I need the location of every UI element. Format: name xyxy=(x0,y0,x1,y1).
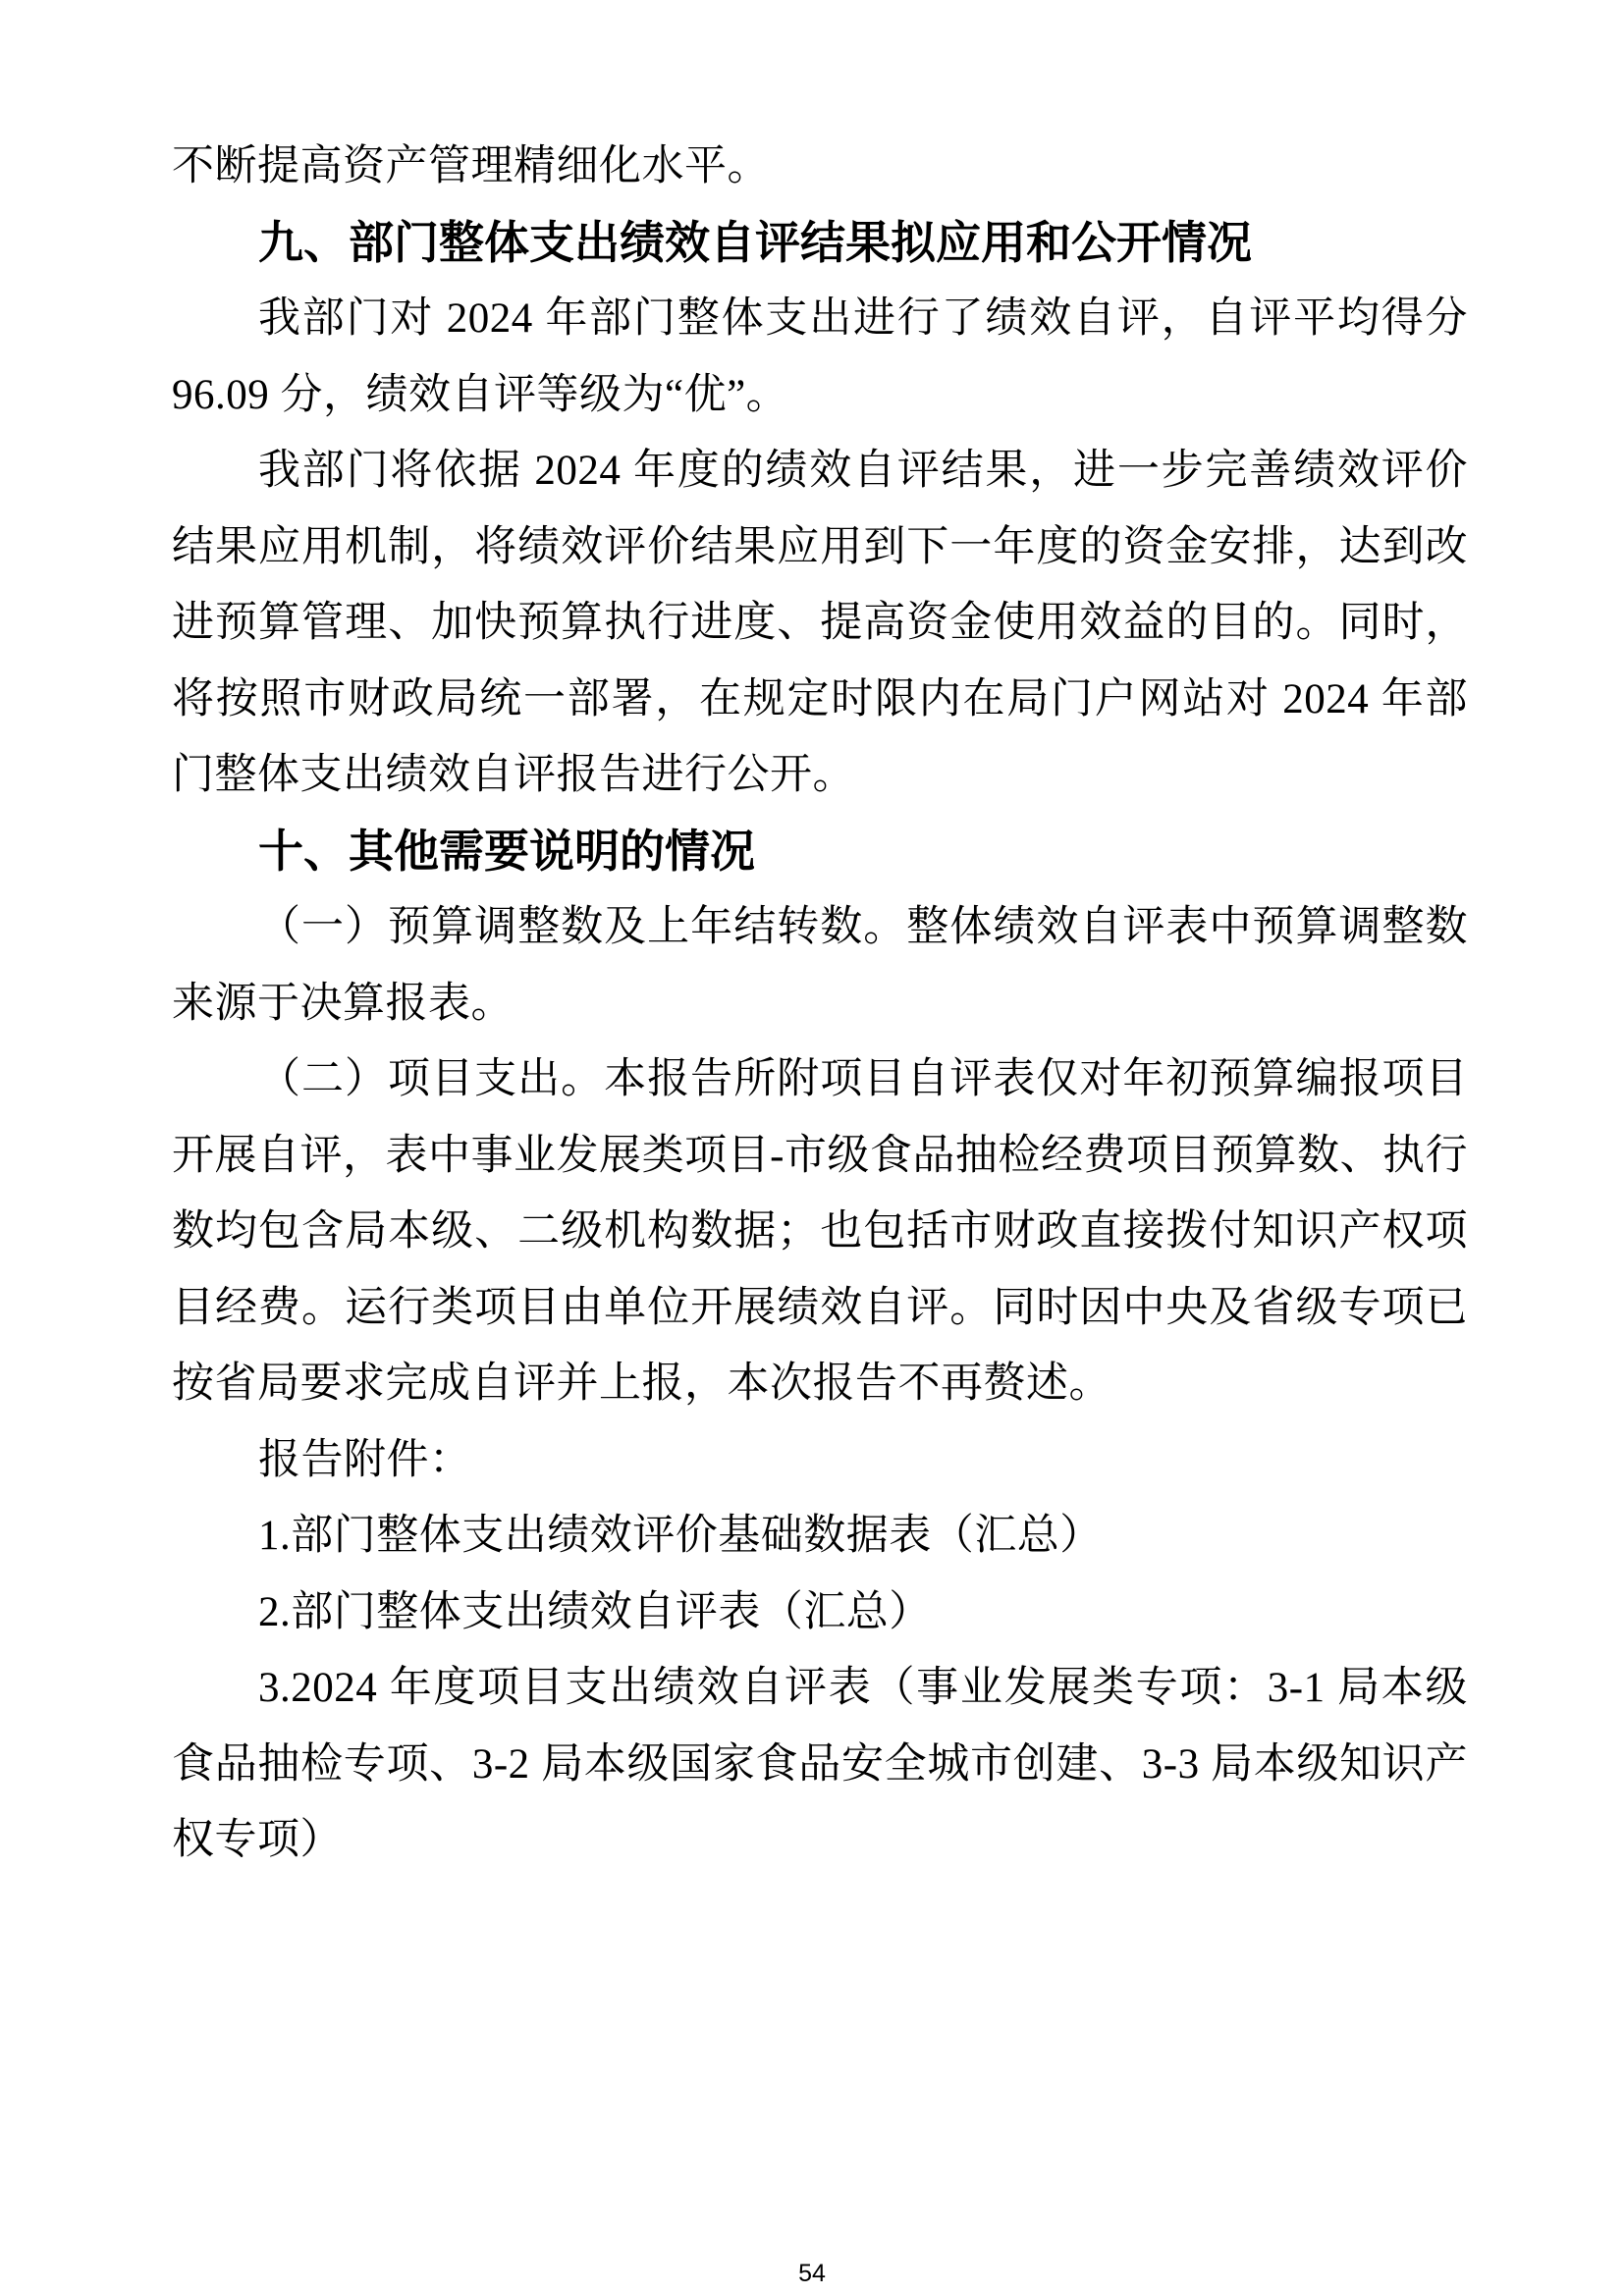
paragraph-line: 将按照市财政局统一部署，在规定时限内在局门户网站对 2024 年部 xyxy=(172,662,1468,738)
paragraph-line: 目经费。运行类项目由单位开展绩效自评。同时因中央及省级专项已 xyxy=(172,1270,1468,1347)
paragraph-line: 食品抽检专项、3-2 局本级国家食品安全城市创建、3-3 局本级知识产 xyxy=(172,1727,1468,1803)
paragraph-line: 数均包含局本级、二级机构数据；也包括市财政直接拨付知识产权项 xyxy=(172,1194,1468,1270)
paragraph-line: 不断提高资产管理精细化水平。 xyxy=(172,129,1468,205)
paragraph-line: 权专项） xyxy=(172,1802,1468,1879)
paragraph-line: （二）项目支出。本报告所附项目自评表仅对年初预算编报项目 xyxy=(172,1041,1468,1118)
page-number: 54 xyxy=(0,2256,1624,2291)
attachment-item-1: 1.部门整体支出绩效评价基础数据表（汇总） xyxy=(172,1498,1468,1575)
paragraph-line: 进预算管理、加快预算执行进度、提高资金使用效益的目的。同时， xyxy=(172,585,1468,662)
paragraph-line: 结果应用机制，将绩效评价结果应用到下一年度的资金安排，达到改 xyxy=(172,509,1468,586)
paragraph-line: 开展自评，表中事业发展类项目-市级食品抽检经费项目预算数、执行 xyxy=(172,1118,1468,1195)
attachments-label: 报告附件： xyxy=(172,1422,1468,1499)
paragraph-line: 我部门对 2024 年部门整体支出进行了绩效自评，自评平均得分 xyxy=(172,281,1468,357)
paragraph-line: 按省局要求完成自评并上报，本次报告不再赘述。 xyxy=(172,1346,1468,1422)
paragraph-line: （一）预算调整数及上年结转数。整体绩效自评表中预算调整数 xyxy=(172,889,1468,966)
section-heading-9: 九、部门整体支出绩效自评结果拟应用和公开情况 xyxy=(172,205,1468,282)
paragraph-line: 门整体支出绩效自评报告进行公开。 xyxy=(172,737,1468,814)
section-heading-10: 十、其他需要说明的情况 xyxy=(172,814,1468,890)
attachment-item-2: 2.部门整体支出绩效自评表（汇总） xyxy=(172,1575,1468,1651)
document-page: 不断提高资产管理精细化水平。 九、部门整体支出绩效自评结果拟应用和公开情况 我部… xyxy=(0,0,1624,2296)
paragraph-line: 96.09 分，绩效自评等级为“优”。 xyxy=(172,357,1468,434)
paragraph-line: 来源于决算报表。 xyxy=(172,966,1468,1042)
document-body: 不断提高资产管理精细化水平。 九、部门整体支出绩效自评结果拟应用和公开情况 我部… xyxy=(172,129,1468,1879)
attachment-item-3: 3.2024 年度项目支出绩效自评表（事业发展类专项：3-1 局本级 xyxy=(172,1650,1468,1727)
paragraph-line: 我部门将依据 2024 年度的绩效自评结果，进一步完善绩效评价 xyxy=(172,433,1468,509)
